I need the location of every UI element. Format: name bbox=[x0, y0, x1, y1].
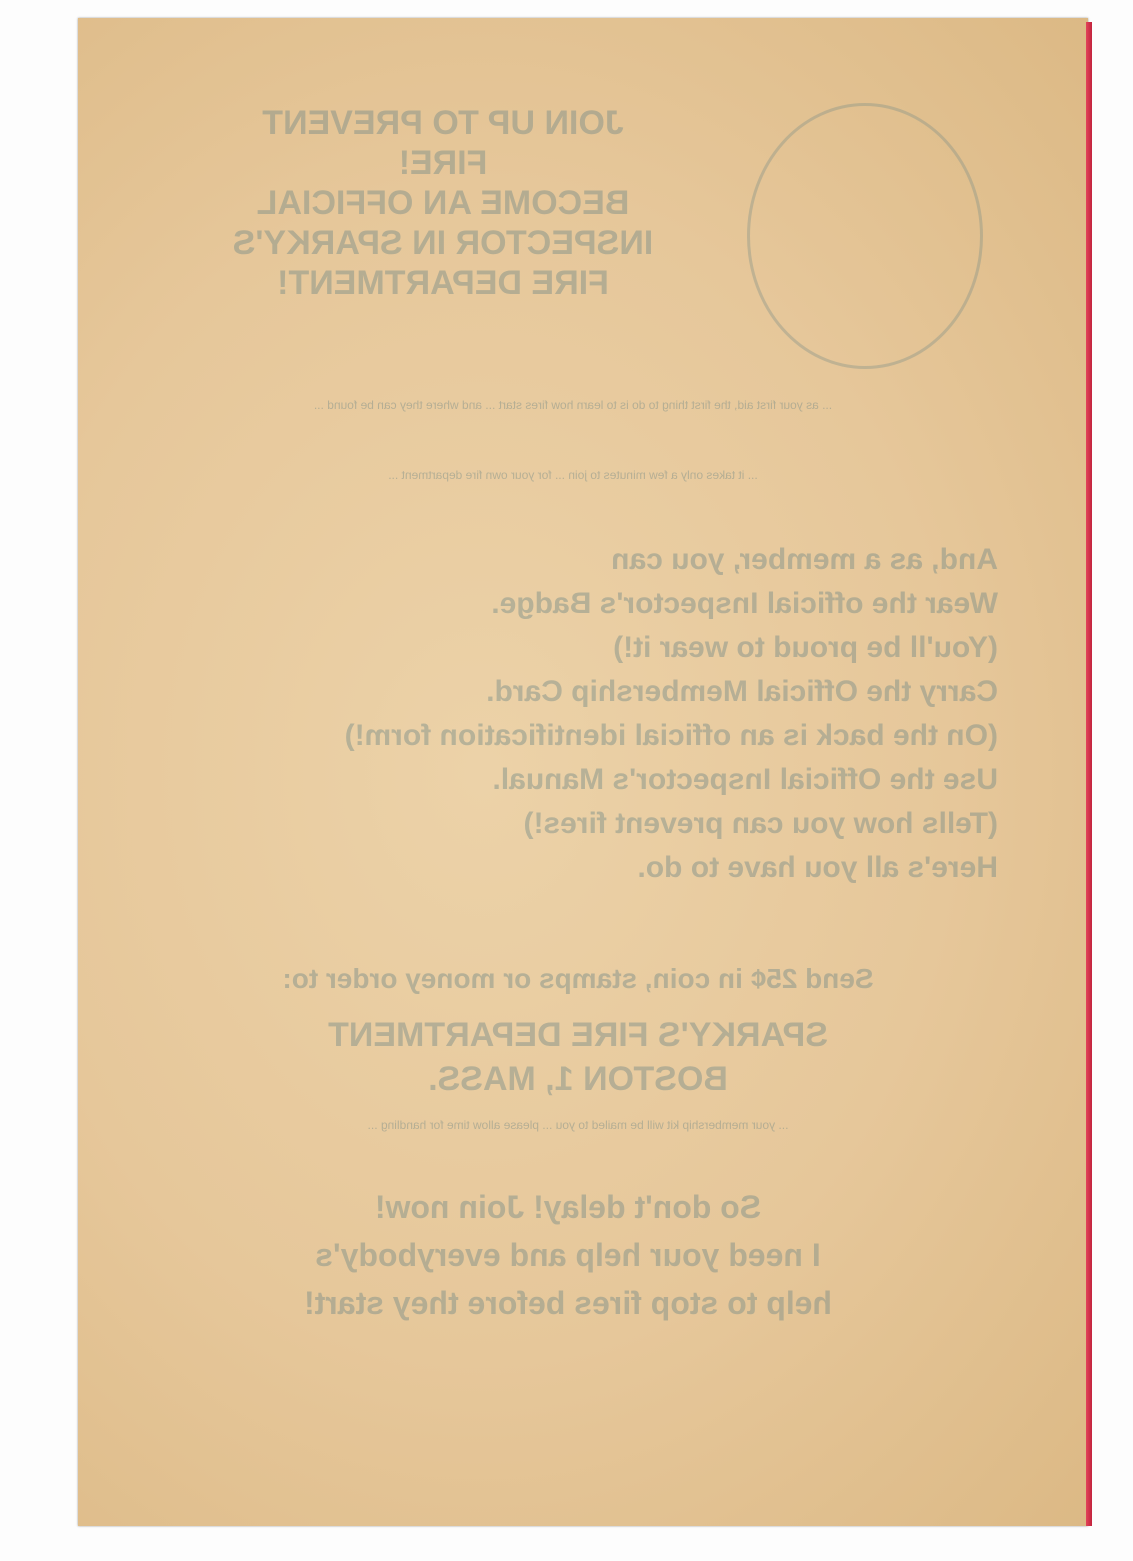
badge-emblem bbox=[747, 103, 983, 369]
address-line: BOSTON 1, MASS. bbox=[128, 1057, 1028, 1101]
heading-line: JOIN UP TO PREVENT bbox=[143, 103, 743, 143]
heading-line: BECOME AN OFFICIAL bbox=[143, 183, 743, 223]
address-line: SPARKY'S FIRE DEPARTMENT bbox=[128, 1013, 1028, 1057]
benefit-line: Carry the Official Membership Card. bbox=[118, 670, 998, 714]
show-through-text: JOIN UP TO PREVENT FIRE! BECOME AN OFFIC… bbox=[78, 18, 1088, 1526]
benefit-line: Use the Official Inspector's Manual. bbox=[118, 758, 998, 802]
closing-line: I need your help and everybody's bbox=[108, 1231, 1028, 1279]
benefit-line: Here's all you have to do. bbox=[118, 846, 998, 890]
closing-line: help to stop fires before they start! bbox=[108, 1279, 1028, 1327]
heading-line: FIRE DEPARTMENT! bbox=[143, 263, 743, 303]
fine-print: ... it takes only a few minutes to join … bbox=[148, 468, 998, 483]
benefit-line: And, as a member, you can bbox=[118, 538, 998, 582]
heading-line: INSPECTOR IN SPARKY'S bbox=[143, 223, 743, 263]
benefit-line: (Tells how you can prevent fires!) bbox=[118, 802, 998, 846]
closing-line: So don't delay! Join now! bbox=[108, 1183, 1028, 1231]
send-instructions: Send 25¢ in coin, stamps or money order … bbox=[128, 963, 1028, 995]
fine-print: ... your membership kit will be mailed t… bbox=[128, 1118, 1028, 1133]
heading-line: FIRE! bbox=[143, 143, 743, 183]
benefit-line: Wear the official Inspector's Badge. bbox=[118, 582, 998, 626]
benefit-line: (On the back is an official identificati… bbox=[118, 714, 998, 758]
benefit-line: (You'll be proud to wear it!) bbox=[118, 626, 998, 670]
paper-page: JOIN UP TO PREVENT FIRE! BECOME AN OFFIC… bbox=[78, 18, 1088, 1526]
red-page-edge bbox=[1086, 22, 1092, 1526]
fine-print: ... as your first aid, the first thing t… bbox=[148, 398, 998, 413]
